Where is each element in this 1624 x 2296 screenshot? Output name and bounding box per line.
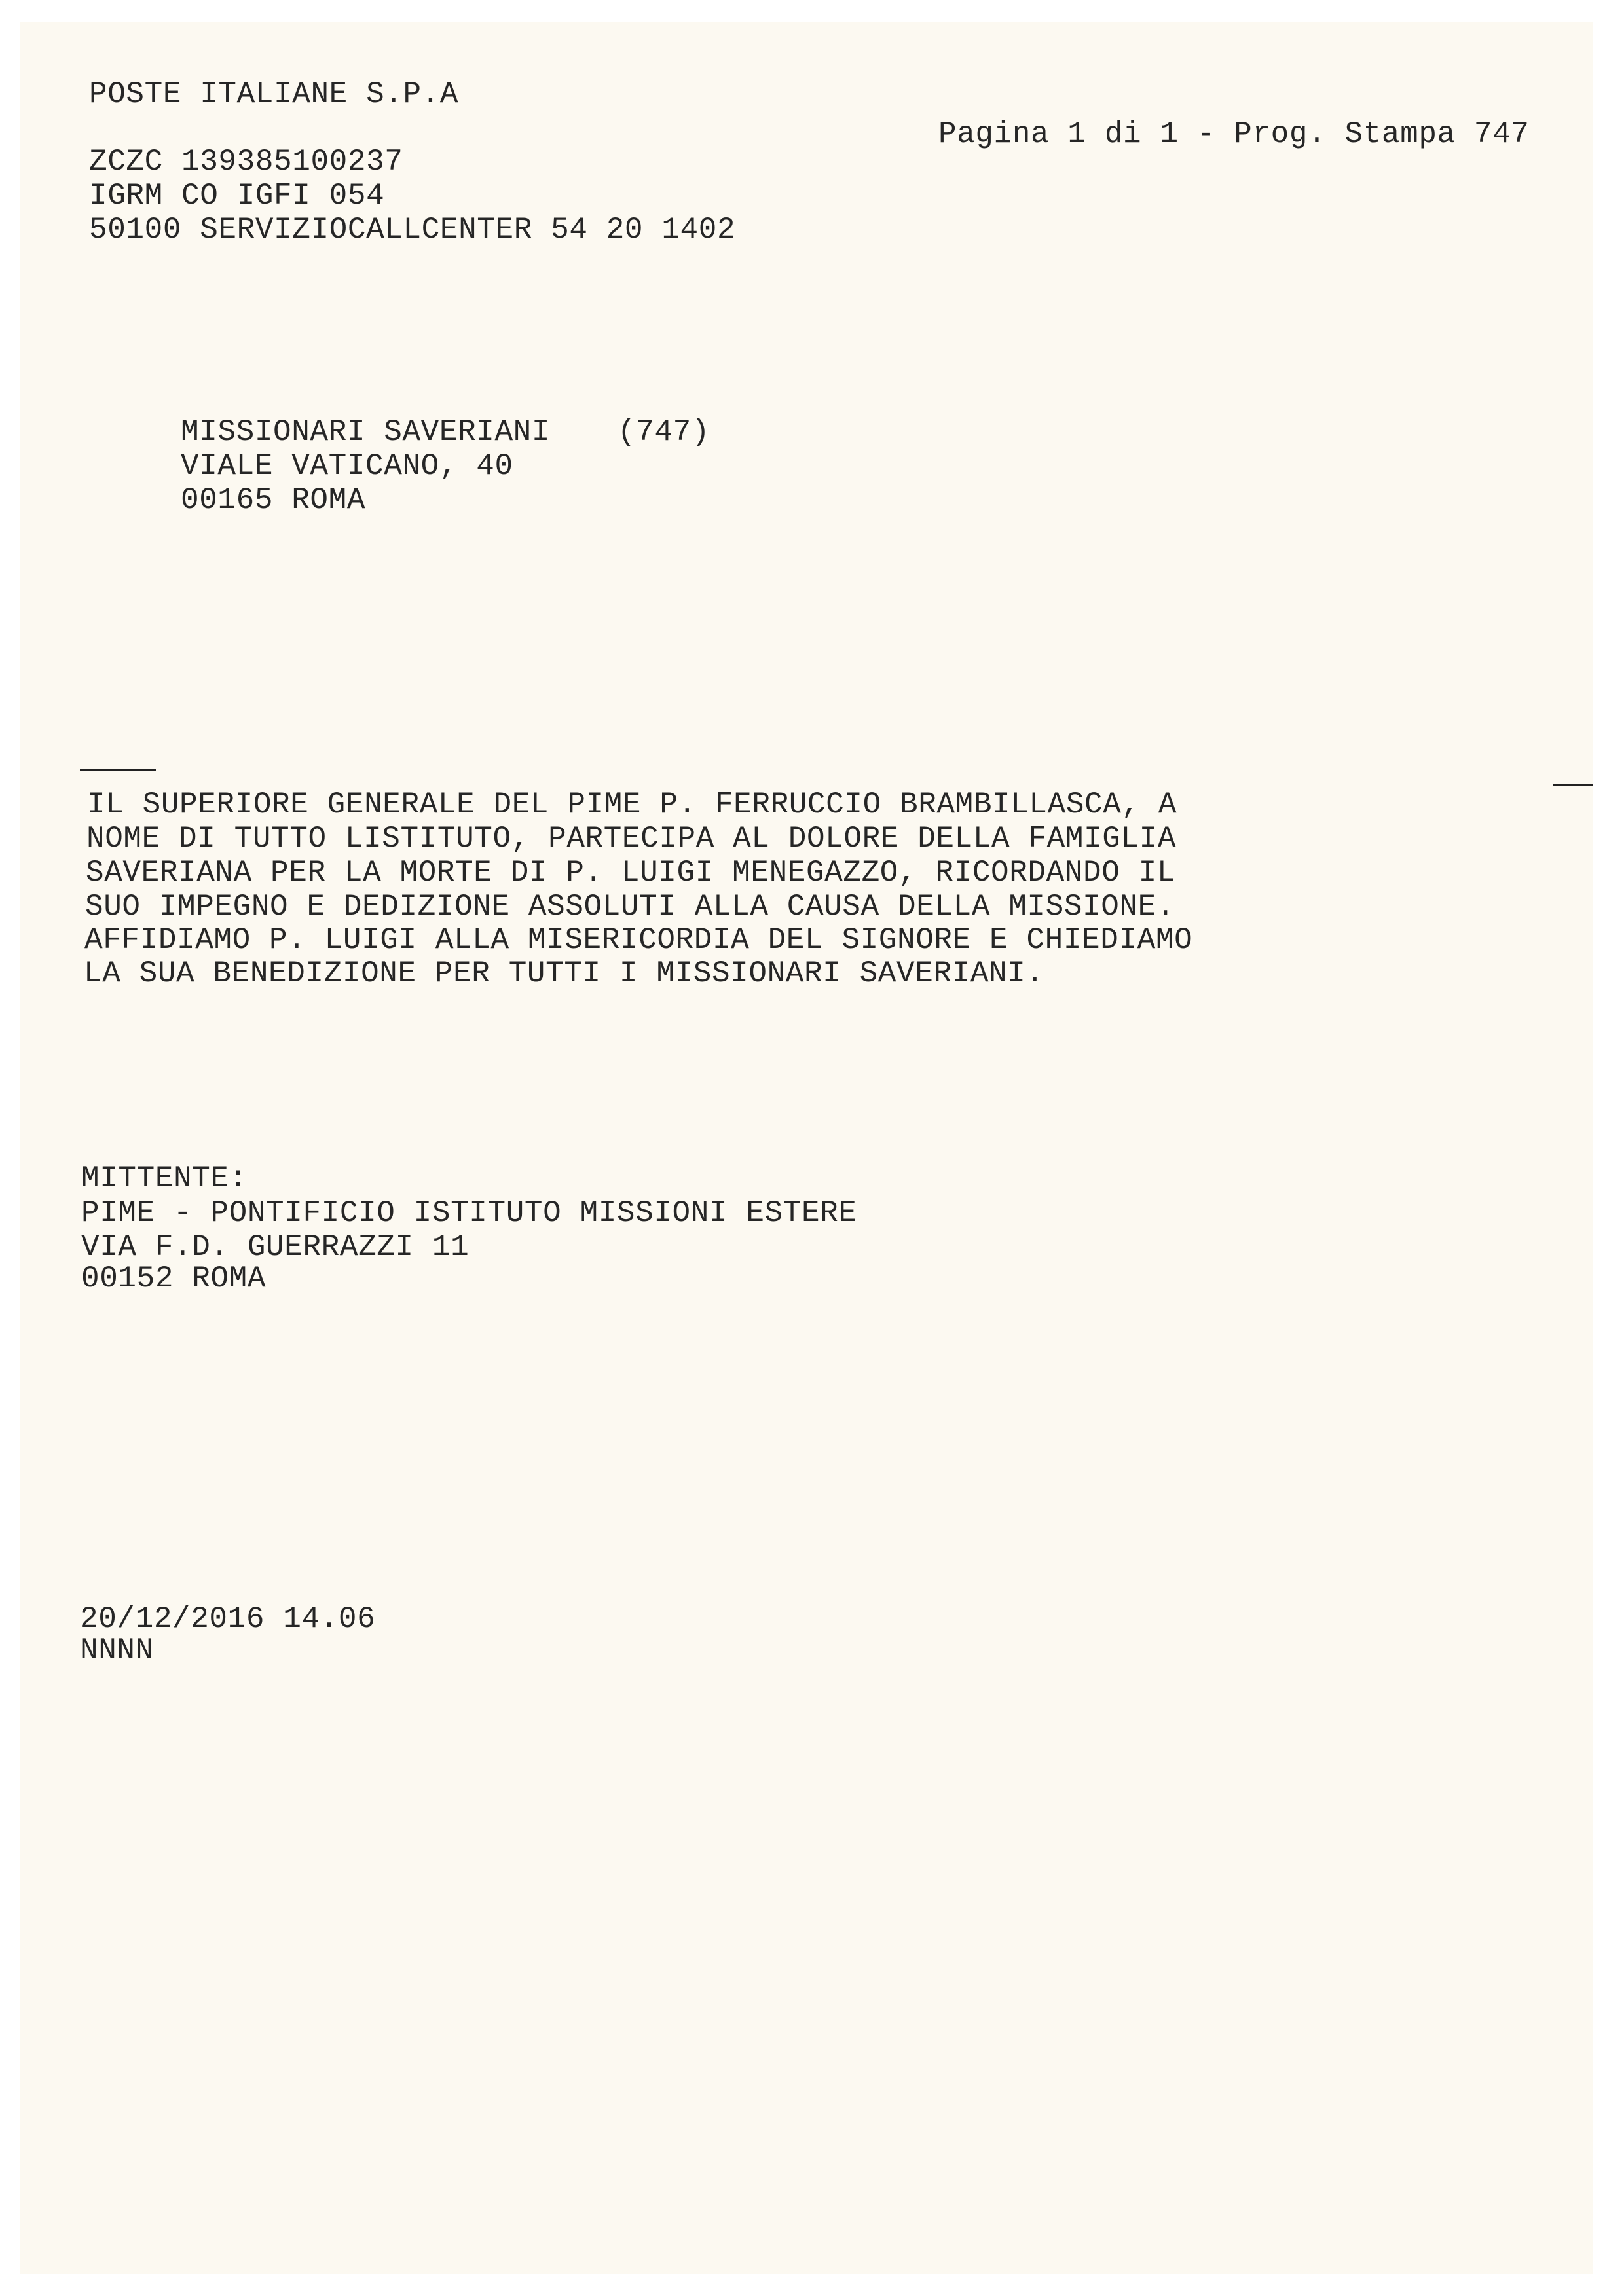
message-datetime: 20/12/2016 14.06 [80,1604,375,1634]
sender-address: VIA F.D. GUERRAZZI 11 [81,1232,469,1262]
company-name: POSTE ITALIANE S.P.A [89,79,458,109]
message-line: AFFIDIAMO P. LUIGI ALLA MISERICORDIA DEL… [84,925,1192,955]
routing-line-1: ZCZC 139385100237 [89,147,403,177]
end-marker: NNNN [80,1635,154,1666]
sender-label: MITTENTE: [81,1163,248,1194]
message-line: IL SUPERIORE GENERALE DEL PIME P. FERRUC… [87,790,1177,820]
routing-line-3: 50100 SERVIZIOCALLCENTER 54 20 1402 [89,215,735,245]
sender-city: 00152 ROMA [81,1264,266,1294]
telegram-page [20,22,1593,2274]
margin-mark-rule [1553,784,1593,786]
message-line: SUO IMPEGNO E DEDIZIONE ASSOLUTI ALLA CA… [85,892,1175,922]
routing-line-2: IGRM CO IGFI 054 [89,181,384,211]
page-info: Pagina 1 di 1 - Prog. Stampa 747 [938,119,1530,149]
recipient-code: (747) [618,417,710,447]
message-line: SAVERIANA PER LA MORTE DI P. LUIGI MENEG… [86,858,1175,888]
sender-name: PIME - PONTIFICIO ISTITUTO MISSIONI ESTE… [81,1198,857,1228]
message-line: NOME DI TUTTO LISTITUTO, PARTECIPA AL DO… [86,824,1176,854]
message-separator-rule [80,769,156,771]
recipient-name: MISSIONARI SAVERIANI [181,417,550,447]
recipient-city: 00165 ROMA [181,485,365,515]
recipient-address: VIALE VATICANO, 40 [181,451,513,481]
message-line: LA SUA BENEDIZIONE PER TUTTI I MISSIONAR… [84,958,1044,989]
